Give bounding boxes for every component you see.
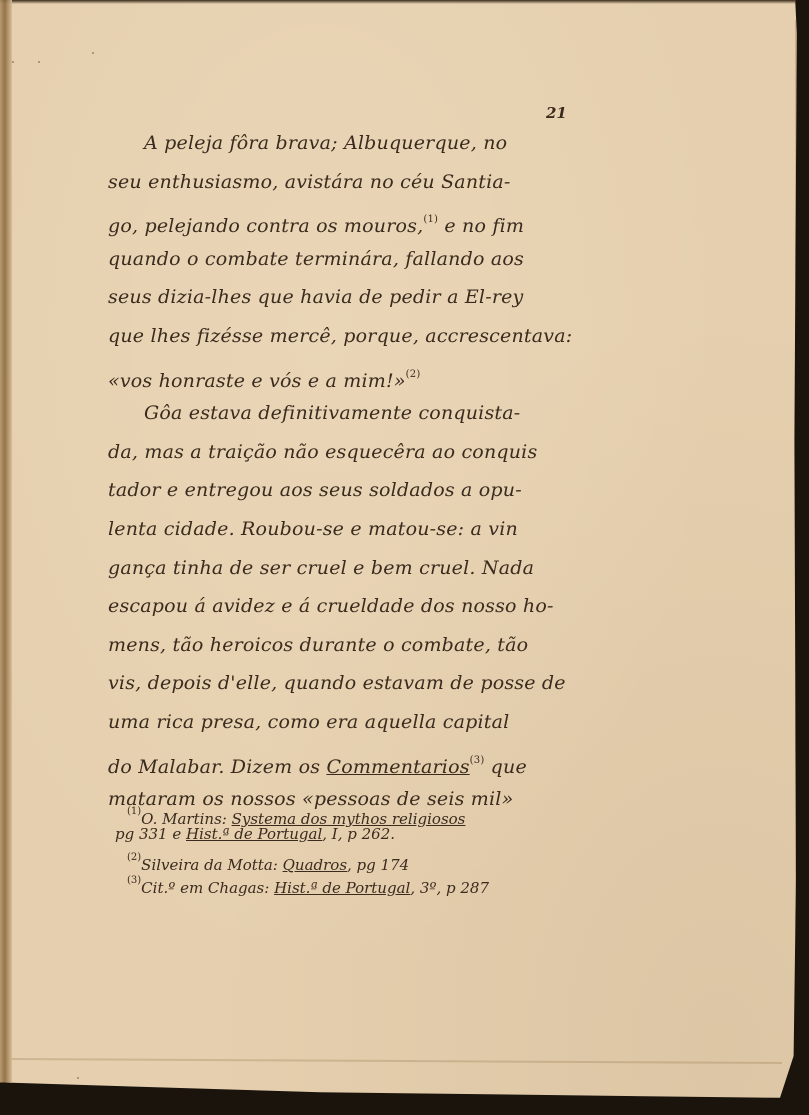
line-text: A peleja fôra brava; Albuquerque, no	[144, 132, 507, 154]
page-number: 21	[546, 104, 567, 122]
footnote-1: (1)O. Martins: Systema dos mythos religi…	[115, 800, 585, 823]
footnote-marker: (3)	[127, 875, 141, 886]
body-line: que lhes fizésse mercê, porque, accresce…	[108, 317, 578, 356]
page-top-shadow	[0, 0, 800, 4]
paper-speck	[77, 1077, 79, 1079]
footnote-2: (2)Silveira da Motta: Quadros, pg 174	[115, 846, 585, 869]
footnote-text: , 3º, p 287	[410, 879, 489, 897]
line-text: que lhes fizésse mercê, porque, accresce…	[108, 325, 572, 347]
line-text: gança tinha de ser cruel e bem cruel. Na…	[108, 557, 534, 579]
body-line: gança tinha de ser cruel e bem cruel. Na…	[108, 549, 578, 588]
footnote-marker: (1)	[127, 806, 141, 817]
body-line: lenta cidade. Roubou-se e matou-se: a vi…	[108, 510, 578, 549]
footnote-title: Hist.ª de Portugal	[274, 879, 410, 897]
binding-edge	[0, 0, 12, 1090]
footnote-3: (3)Cit.º em Chagas: Hist.ª de Portugal, …	[115, 869, 585, 892]
line-text: escapou á avidez e á crueldade dos nosso…	[108, 595, 554, 617]
line-text: do Malabar. Dizem os	[108, 756, 320, 778]
manuscript-body: A peleja fôra brava; Albuquerque, no seu…	[108, 124, 578, 819]
body-line: seus dizia-lhes que havia de pedir a El-…	[108, 278, 578, 317]
body-line: vis, depois d'elle, quando estavam de po…	[108, 664, 578, 703]
body-line: da, mas a traição não esquecêra ao conqu…	[108, 433, 578, 472]
body-line: «vos honraste e vós e a mim!»(2)	[108, 356, 578, 395]
footnote-ref-3: (3)	[470, 755, 485, 766]
footnote-text: Cit.º em Chagas:	[141, 879, 274, 897]
body-line: escapou á avidez e á crueldade dos nosso…	[108, 587, 578, 626]
line-text: seus dizia-lhes que havia de pedir a El-…	[108, 286, 523, 308]
footnote-marker: (2)	[127, 852, 141, 863]
line-text: «vos honraste e vós e a mim!»	[108, 370, 406, 392]
line-text: uma rica presa, como era aquella capital	[108, 711, 509, 733]
line-text: go, pelejando contra os mouros,	[108, 215, 423, 237]
footnote-ref-2: (2)	[406, 369, 421, 380]
body-line: quando o combate terminára, fallando aos	[108, 240, 578, 279]
footnote-text: pg 331 e	[115, 825, 186, 843]
footnote-text: , I, p 262.	[322, 825, 395, 843]
body-line: mens, tão heroicos durante o combate, tã…	[108, 626, 578, 665]
footnotes: (1)O. Martins: Systema dos mythos religi…	[115, 800, 585, 892]
footnote-1-cont: pg 331 e Hist.ª de Portugal, I, p 262.	[115, 823, 585, 846]
manuscript-page: 21 A peleja fôra brava; Albuquerque, no …	[0, 0, 800, 1100]
line-text: da, mas a traição não esquecêra ao conqu…	[108, 441, 537, 463]
body-line: tador e entregou aos seus soldados a opu…	[108, 471, 578, 510]
paper-speck	[12, 61, 14, 63]
line-text: que	[484, 756, 526, 778]
underlined-title: Commentarios	[326, 756, 469, 778]
body-line: seu enthusiasmo, avistára no céu Santia-	[108, 163, 578, 202]
line-text: seu enthusiasmo, avistára no céu Santia-	[108, 171, 511, 193]
line-text: vis, depois d'elle, quando estavam de po…	[108, 672, 566, 694]
paper-speck	[92, 52, 94, 54]
paper-speck	[38, 61, 40, 63]
line-text: lenta cidade. Roubou-se e matou-se: a vi…	[108, 518, 518, 540]
body-line: Gôa estava definitivamente conquista-	[108, 394, 578, 433]
line-text: tador e entregou aos seus soldados a opu…	[108, 479, 522, 501]
footnote-title: Hist.ª de Portugal	[186, 825, 322, 843]
footnote-ref-1: (1)	[423, 214, 438, 225]
line-text: e no fim	[438, 215, 524, 237]
body-line: go, pelejando contra os mouros,(1) e no …	[108, 201, 578, 240]
body-line: uma rica presa, como era aquella capital	[108, 703, 578, 742]
body-line: A peleja fôra brava; Albuquerque, no	[108, 124, 578, 163]
bottom-fold-line	[12, 1058, 782, 1064]
line-text: Gôa estava definitivamente conquista-	[144, 402, 520, 424]
line-text: quando o combate terminára, fallando aos	[108, 248, 524, 270]
body-line: do Malabar. Dizem os Commentarios(3) que	[108, 742, 578, 781]
line-text: mens, tão heroicos durante o combate, tã…	[108, 634, 528, 656]
